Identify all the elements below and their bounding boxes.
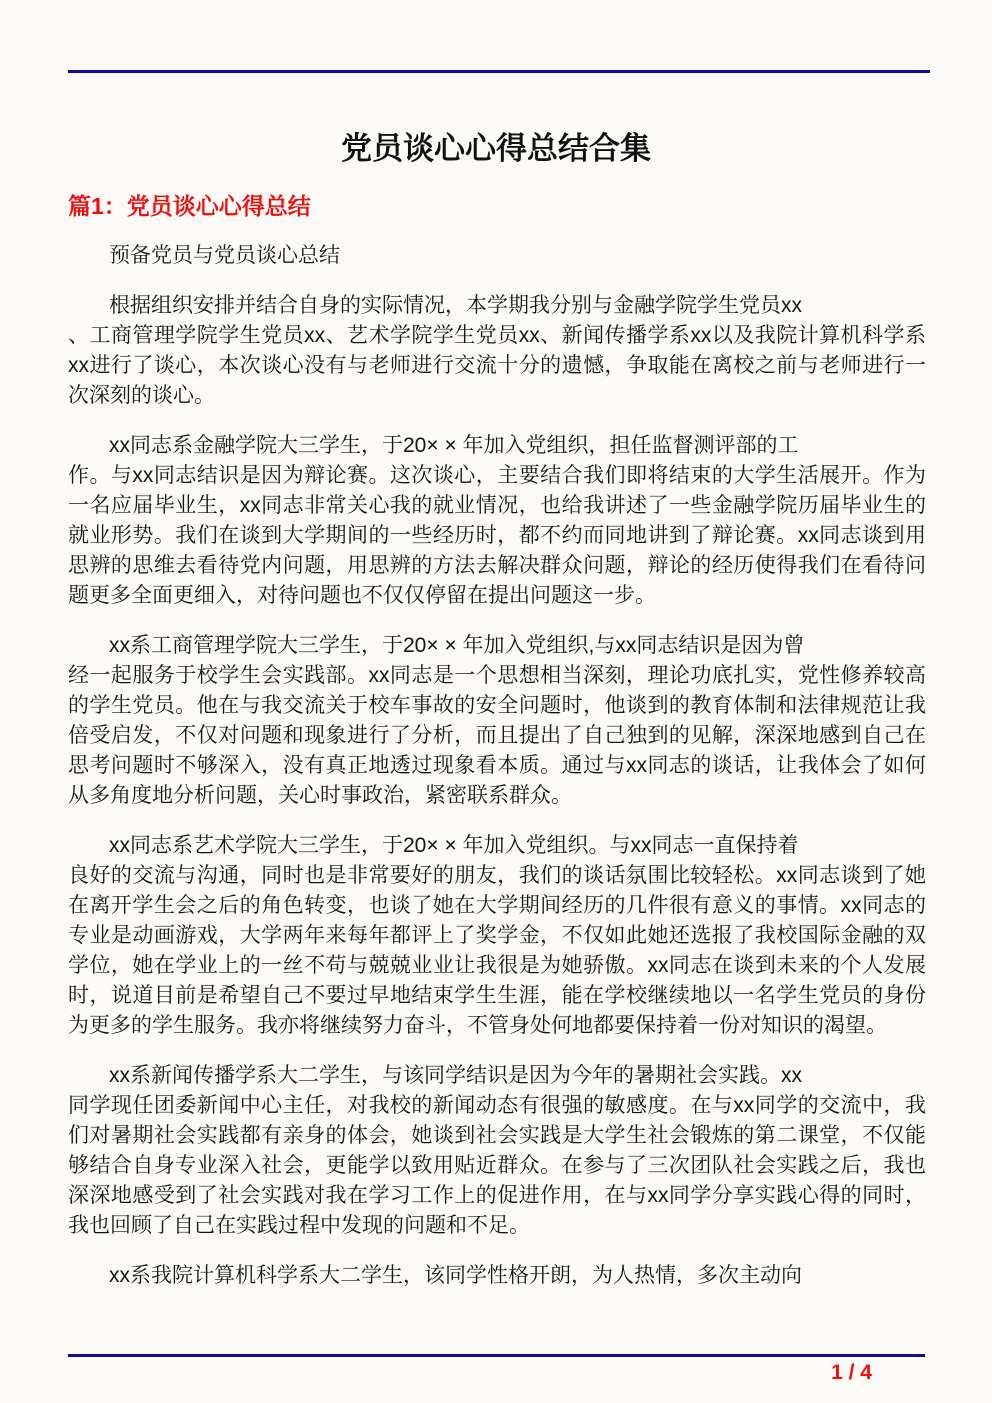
paragraph-rest: 同学现任团委新闻中心主任，对我校的新闻动态有很强的敏感度。在与xx同学的交流中，…: [68, 1094, 926, 1237]
bottom-divider-line: [68, 1354, 925, 1357]
section-heading: 篇1：党员谈心心得总结: [68, 190, 926, 222]
paragraph-rest: 、工商管理学院学生党员xx、艺术学院学生党员xx、新闻传播学系xx以及我院计算机…: [68, 324, 926, 407]
paragraph: xx同志系艺术学院大三学生，于20× × 年加入党组织。与xx同志一直保持着良好…: [68, 831, 926, 1041]
paragraph: xx同志系金融学院大三学生，于20× × 年加入党组织，担任监督测评部的工作。与…: [68, 431, 926, 611]
paragraph-first-line: xx系工商管理学院大三学生，于20× × 年加入党组织,与xx同志结识是因为曾: [68, 631, 926, 661]
paragraph: xx系我院计算机科学系大二学生，该同学性格开朗，为人热情，多次主动向: [68, 1261, 926, 1291]
page-number: 1 / 4: [831, 1360, 872, 1386]
paragraph-first-line: xx系新闻传播学系大二学生，与该同学结识是因为今年的暑期社会实践。xx: [68, 1061, 926, 1091]
document-body: 篇1：党员谈心心得总结 预备党员与党员谈心总结 根据组织安排并结合自身的实际情况…: [68, 190, 926, 1311]
document-title: 党员谈心心得总结合集: [0, 126, 992, 172]
paragraph-rest: 作。与xx同志结识是因为辩论赛。这次谈心，主要结合我们即将结束的大学生活展开。作…: [68, 464, 926, 607]
paragraph-rest: 经一起服务于校学生会实践部。xx同志是一个思想相当深刻，理论功底扎实，党性修养较…: [68, 664, 926, 807]
paragraph-first-line: xx同志系金融学院大三学生，于20× × 年加入党组织，担任监督测评部的工: [68, 431, 926, 461]
paragraph-first-line: xx系我院计算机科学系大二学生，该同学性格开朗，为人热情，多次主动向: [68, 1261, 926, 1291]
paragraph: 根据组织安排并结合自身的实际情况，本学期我分别与金融学院学生党员xx、工商管理学…: [68, 291, 926, 411]
paragraph: 预备党员与党员谈心总结: [68, 241, 926, 271]
paragraph-first-line: 预备党员与党员谈心总结: [68, 241, 926, 271]
top-divider-line: [68, 70, 930, 73]
paragraph-first-line: 根据组织安排并结合自身的实际情况，本学期我分别与金融学院学生党员xx: [68, 291, 926, 321]
paragraph-rest: 良好的交流与沟通，同时也是非常要好的朋友，我们的谈话氛围比较轻松。xx同志谈到了…: [68, 864, 926, 1037]
paragraph: xx系新闻传播学系大二学生，与该同学结识是因为今年的暑期社会实践。xx同学现任团…: [68, 1061, 926, 1241]
paragraph-list: 预备党员与党员谈心总结 根据组织安排并结合自身的实际情况，本学期我分别与金融学院…: [68, 241, 926, 1291]
paragraph: xx系工商管理学院大三学生，于20× × 年加入党组织,与xx同志结识是因为曾经…: [68, 631, 926, 811]
paragraph-first-line: xx同志系艺术学院大三学生，于20× × 年加入党组织。与xx同志一直保持着: [68, 831, 926, 861]
